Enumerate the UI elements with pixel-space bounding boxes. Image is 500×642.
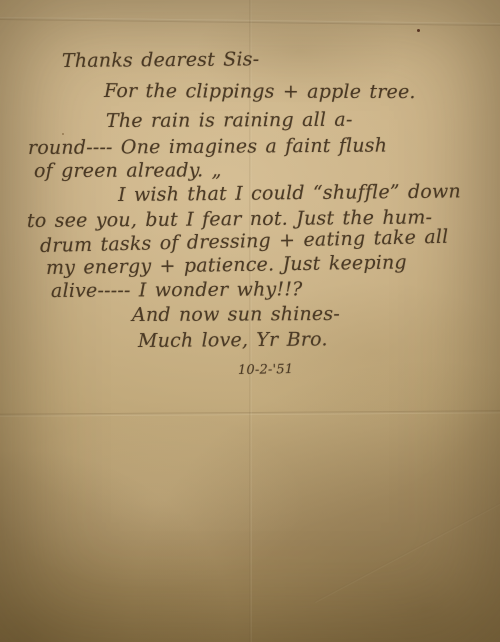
letter-line-signature: Much love, Yr Bro. — [138, 328, 328, 352]
letter-line: I wish that I could “shuffle” down — [118, 180, 461, 206]
letter-line: For the clippings + apple tree. — [104, 80, 416, 103]
letter-line: The rain is raining all a- — [106, 109, 353, 132]
letter-line: my energy + patience. Just keeping — [46, 251, 407, 279]
letter-line: And now sun shines- — [132, 303, 340, 326]
letter-line: of green already. „ — [34, 159, 222, 182]
letter-line: round---- One imagines a faint flush — [28, 134, 387, 159]
letter-line-date: 10-2-'51 — [238, 362, 294, 378]
letter-line: alive----- I wonder why!!? — [51, 278, 303, 302]
letter-line-greeting: Thanks dearest Sis- — [62, 48, 260, 72]
letter-photo: Thanks dearest Sis- For the clippings + … — [0, 0, 500, 642]
letter-body: Thanks dearest Sis- For the clippings + … — [0, 0, 500, 642]
